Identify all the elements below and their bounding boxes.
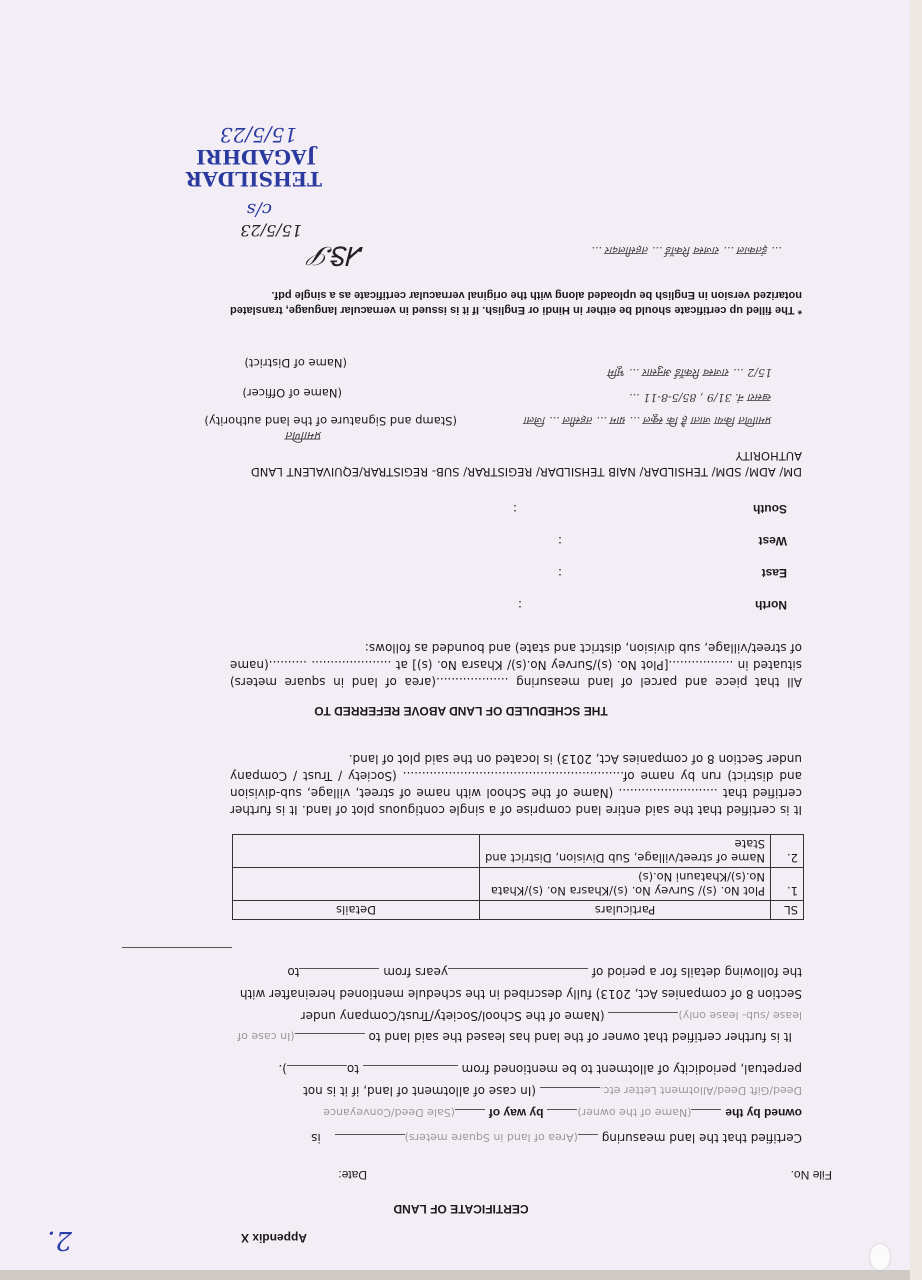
punch-hole — [870, 1244, 890, 1270]
boundary-east: East — [762, 566, 787, 580]
blank-field — [122, 947, 232, 958]
date-label: Date: — [338, 1168, 367, 1182]
particulars-table: SL Particulars Details 1. Plot No. (s)/ … — [232, 834, 804, 920]
scan-edge — [0, 1270, 922, 1280]
para1-line1: Certified that the land measuring (Area … — [311, 1131, 802, 1145]
boundary-west: West — [759, 534, 787, 548]
para1-line2: owned by the (Name of the owner) by way … — [323, 1106, 802, 1120]
boundary-north: North — [755, 598, 787, 612]
stamp-initials: c/s — [247, 199, 272, 220]
para4: All that piece and parcel of land measur… — [230, 639, 802, 690]
blank-field — [578, 1134, 598, 1145]
footnote: * The filled up certificate should be ei… — [230, 287, 802, 317]
page-number: 2. — [47, 1225, 72, 1255]
stamp-signature-label: (Stamp and Signature of the land authori… — [204, 414, 457, 428]
boundary-south: South — [753, 502, 787, 516]
officer-signature: ᏗᏕ𝒮 — [312, 239, 362, 270]
appendix-label: Appendix X — [241, 1231, 307, 1245]
para2-line3: Section 8 of companies Act, 2013) fully … — [240, 987, 802, 1001]
handwritten-text: प्रमाणित किया जाता है कि स्कूल ... ग्राम… — [525, 413, 772, 428]
district-label: (Name of District) — [244, 356, 347, 370]
scan-edge-left — [910, 0, 922, 1280]
handwritten-text: प्रमाणित — [286, 428, 322, 445]
scanned-certificate-page: Appendix X 2. CERTIFICATE OF LAND File N… — [0, 0, 922, 1280]
para1-line4: perpetual, periodicity of allotment to b… — [278, 1062, 802, 1076]
tehsildar-stamp: TEHSILDAR JAGADHRI 15/5/23 — [186, 124, 322, 190]
officer-label: (Name of Officer) — [242, 386, 342, 400]
hint-area: (Area of land in Square meters) — [405, 1131, 578, 1144]
table-row: 2. Name of street/village, Sub Division,… — [233, 835, 804, 868]
signature-date: 15/5/23 — [240, 221, 302, 240]
para2-line2: lease /sub- lease only) (Name of the Sch… — [301, 1009, 802, 1023]
blank-field — [335, 1134, 405, 1145]
authority-label: DM/ ADM/ SDM/ TEHSILDAR/ NAIB TEHSILDAR/… — [232, 448, 802, 480]
file-no-label: File No. — [791, 1168, 832, 1182]
handwritten-text: खसरा नं. 31/9 , 85/5-8-11 ... — [629, 390, 772, 405]
table-header-row: SL Particulars Details — [233, 901, 804, 920]
handwritten-text: 15/2 ... राजस्व रिकॉर्ड अनुसार ... भूमि — [608, 365, 772, 380]
schedule-heading: THE SCHEDULED OF LAND ABOVE REFERRED TO — [0, 704, 922, 718]
para1-line3: Deed/Gift Deed/Allotment Letter etc. (In… — [303, 1084, 802, 1098]
table-row: 1. Plot No. (s)/ Survey No. (s)/Khasra N… — [233, 868, 804, 901]
handwritten-note: ... इंतकाल ... राजस्व रिकॉर्ड ... तहसीलद… — [592, 243, 782, 258]
para2-line1: It is further certified that owner of th… — [237, 1030, 792, 1044]
para3: It is certified that the said entire lan… — [230, 750, 802, 818]
para2-line4: the following details for a period of ye… — [287, 965, 802, 979]
page-title: CERTIFICATE OF LAND — [0, 1202, 922, 1216]
